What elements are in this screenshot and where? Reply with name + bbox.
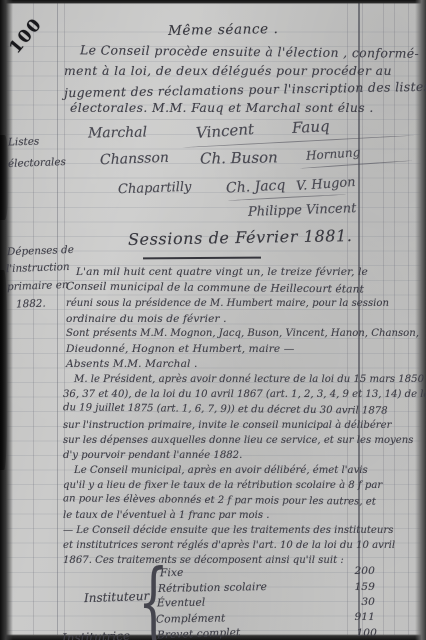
salary-row-label: Fixe [160, 567, 184, 579]
handwritten-line: réuni sous la présidence de M. Humbert m… [66, 298, 389, 309]
margin-rule-line [33, 3, 34, 635]
handwritten-line: électorales. M.M. Fauq et Marchal sont é… [70, 100, 374, 115]
margin-note-expenses-line: 1882. [16, 297, 46, 310]
margin-note-expenses-line: primaire en [7, 279, 69, 293]
handwritten-line: M. le Président, après avoir donné lectu… [74, 374, 426, 385]
salary-row-label: Éventuel [157, 597, 206, 610]
handwritten-line: sur les dépenses auxquelles donne lieu c… [63, 435, 413, 446]
salary-row-value: 911 [333, 611, 375, 623]
signature: Fauq [292, 117, 330, 137]
amount-column-line [408, 3, 409, 635]
signature: Hornung [306, 145, 361, 163]
salary-row-value: 30 [333, 596, 375, 608]
handwritten-line: ment à la loi, de deux délégués pour pro… [64, 63, 392, 78]
salary-row-label: Complément [156, 612, 226, 625]
handwritten-line: du 19 juillet 1875 (art. 1, 6, 7, 9)) et… [63, 402, 388, 416]
handwritten-line: Sont présents M.M. Mognon, Jacq, Buson, … [66, 328, 419, 339]
signature: Chapartilly [118, 180, 192, 198]
scan-edge-blemish [0, 270, 8, 470]
signature: Vincent [195, 120, 254, 142]
margin-note-expenses-line: Dépenses de [7, 244, 74, 258]
handwritten-line: 1867. Ces traitements se décomposent ain… [63, 555, 344, 566]
salary-group-label-partial: Institutrice [62, 629, 131, 640]
signature: Ch. Jacq [226, 177, 286, 196]
handwritten-line: Dieudonné, Hognon et Humbert, maire — [66, 343, 294, 355]
salary-row-label: Brevet complet [157, 627, 241, 640]
handwritten-line: an pour les élèves abonnés et 2 f par mo… [63, 493, 376, 507]
salary-row-value: 159 [333, 581, 375, 593]
salary-row-label: Rétribution scolaire [158, 581, 267, 595]
handwritten-line: d'y pourvoir pendant l'année 1882. [63, 450, 242, 461]
scan-edge-top [0, 0, 426, 4]
margin-note-electoral-line: Listes [8, 135, 40, 148]
handwritten-line: Absents M.M. Marchal . [66, 358, 197, 370]
handwritten-line: — Le Conseil décide ensuite que les trai… [63, 525, 393, 536]
margin-note-electoral-line: électorales [8, 156, 66, 170]
manuscript-page: 100 Listes électorales Même séance . Le … [0, 0, 426, 640]
margin-note-expenses-line: l'instruction [6, 261, 70, 275]
handwritten-line: L'an mil huit cent quatre vingt un, le t… [76, 266, 368, 278]
session-heading: Sessions de Février 1881. [128, 226, 353, 249]
salary-row-value: 200 [333, 565, 375, 577]
scan-edge-right [415, 0, 426, 640]
margin-divider-line [57, 3, 58, 635]
handwritten-line: Le Conseil procède ensuite à l'élection … [80, 42, 419, 61]
handwritten-line: jugement des réclamations pour l'inscrip… [64, 79, 426, 100]
handwritten-line: le taux de l'éventuel à 1 franc par mois… [63, 510, 269, 521]
handwritten-line: et institutrices seront réglés d'après l… [63, 540, 395, 551]
handwritten-line: ordinaire du mois de février . [66, 313, 227, 325]
signature: Marchal [88, 124, 147, 141]
signature: Chansson [100, 150, 169, 168]
handwritten-line: qu'il y a lieu de fixer le taux de la ré… [63, 480, 382, 491]
salary-row-value: 100 [335, 627, 377, 639]
handwritten-line: sur l'instruction primaire, invite le co… [63, 420, 391, 431]
entry-heading: Même séance . [168, 21, 279, 39]
signature: Ch. Buson [200, 148, 278, 167]
handwritten-line: Conseil municipal de la commune de Heill… [66, 280, 364, 295]
handwritten-line: Le Conseil municipal, après en avoir dél… [74, 465, 368, 476]
signature: Philippe Vincent [248, 201, 357, 220]
handwritten-line: 36, 37 et 40), de la loi du 10 avril 186… [63, 389, 426, 400]
heading-underline [143, 257, 261, 260]
